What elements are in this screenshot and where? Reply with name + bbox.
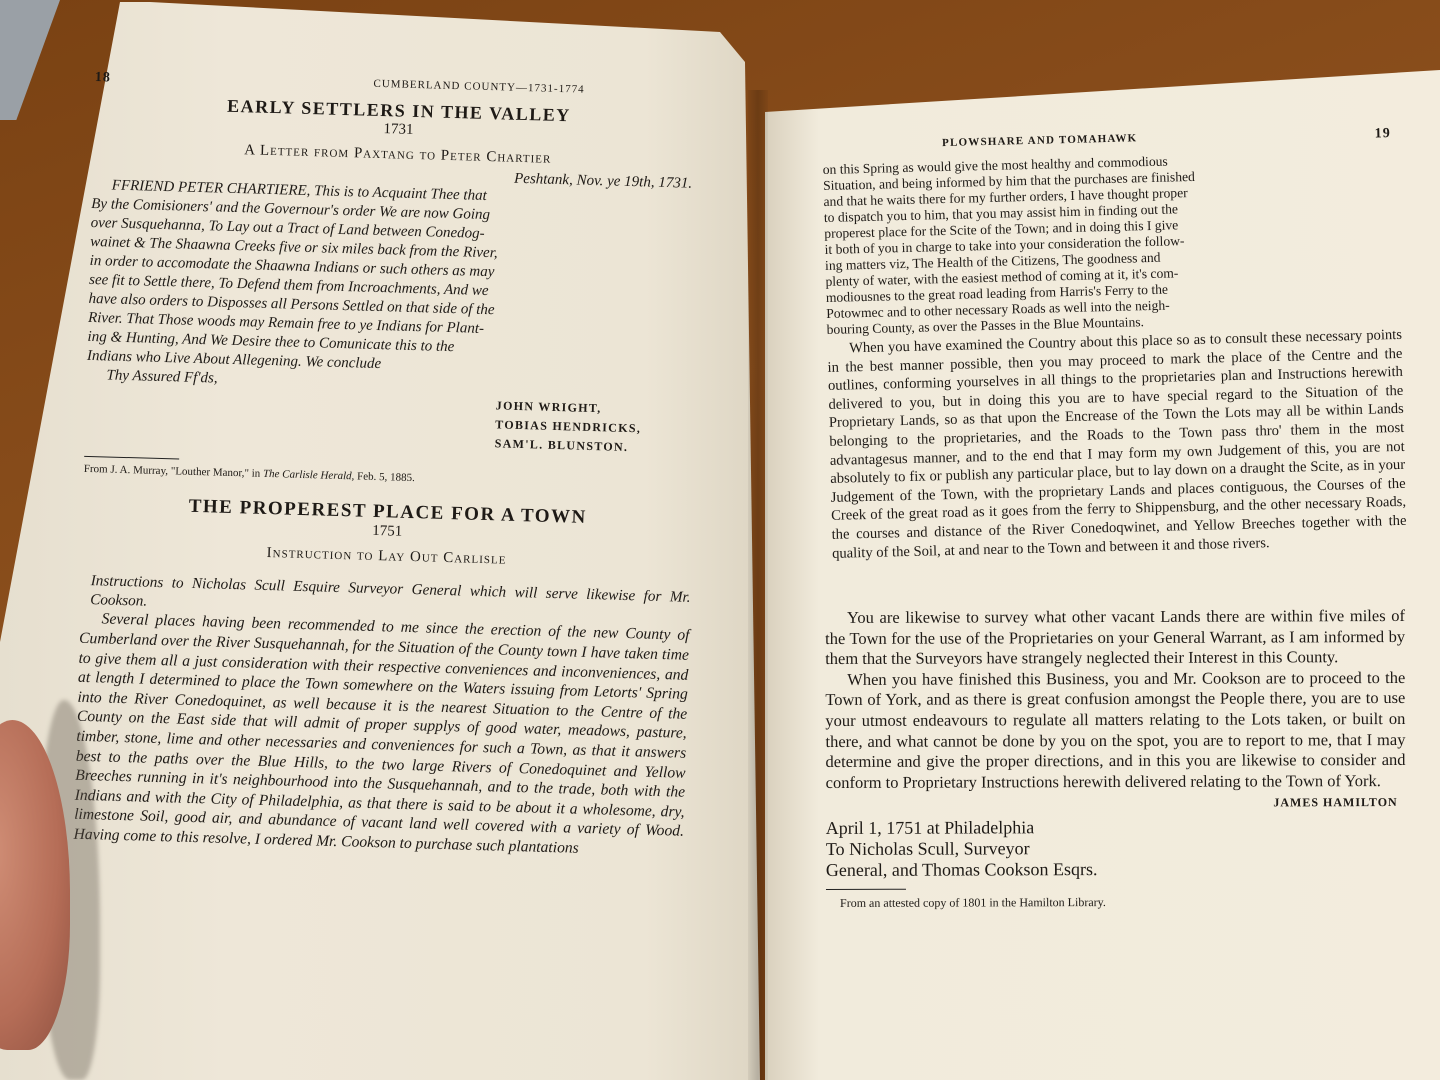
source-citation-left: From J. A. Murray, "Louther Manor," in T… [84, 463, 694, 492]
footnote-rule [84, 456, 179, 460]
source-prefix: From J. A. Murray, "Louther Manor," in [84, 463, 263, 480]
letter-body: FFRIEND PETER CHARTIERE, This is to Acqu… [86, 176, 702, 402]
source-suffix: , Feb. 5, 1885. [351, 470, 415, 484]
paragraph-3: You are likewise to survey what other va… [825, 606, 1405, 670]
footnote-rule [826, 889, 906, 890]
letter-closing-block: April 1, 1751 at Philadelphia To Nichola… [826, 816, 1406, 881]
closing-line: General, and Thomas Cookson Esqrs. [826, 858, 1406, 881]
page-number-left: 18 [95, 70, 111, 86]
closing-line: April 1, 1751 at Philadelphia [826, 816, 1406, 839]
source-citation-right: From an attested copy of 1801 in the Ham… [840, 894, 1406, 911]
paragraph-4: When you have finished this Business, yo… [825, 668, 1405, 794]
signer-name: JAMES HAMILTON [826, 795, 1398, 812]
book-gutter [748, 90, 768, 1080]
right-page-content-bottom: You are likewise to survey what other va… [825, 606, 1406, 911]
closing-line: To Nicholas Scull, Surveyor [826, 837, 1406, 860]
instruction-body: Several places having been recommended t… [73, 609, 689, 861]
source-title: The Carlisle Herald [263, 468, 352, 482]
background-wall [0, 0, 60, 120]
page-number-right: 19 [1374, 126, 1391, 142]
right-page-content-top: PLOWSHARE AND TOMAHAWK 19 on this Spring… [822, 126, 1407, 563]
paragraph-1: on this Spring as would give the most he… [823, 148, 1402, 338]
left-page-content: 18 CUMBERLAND COUNTY—1731-1774 EARLY SET… [73, 70, 704, 861]
paragraph-2: When you have examined the Country about… [827, 326, 1407, 563]
running-head-text: PLOWSHARE AND TOMAHAWK [942, 132, 1138, 153]
